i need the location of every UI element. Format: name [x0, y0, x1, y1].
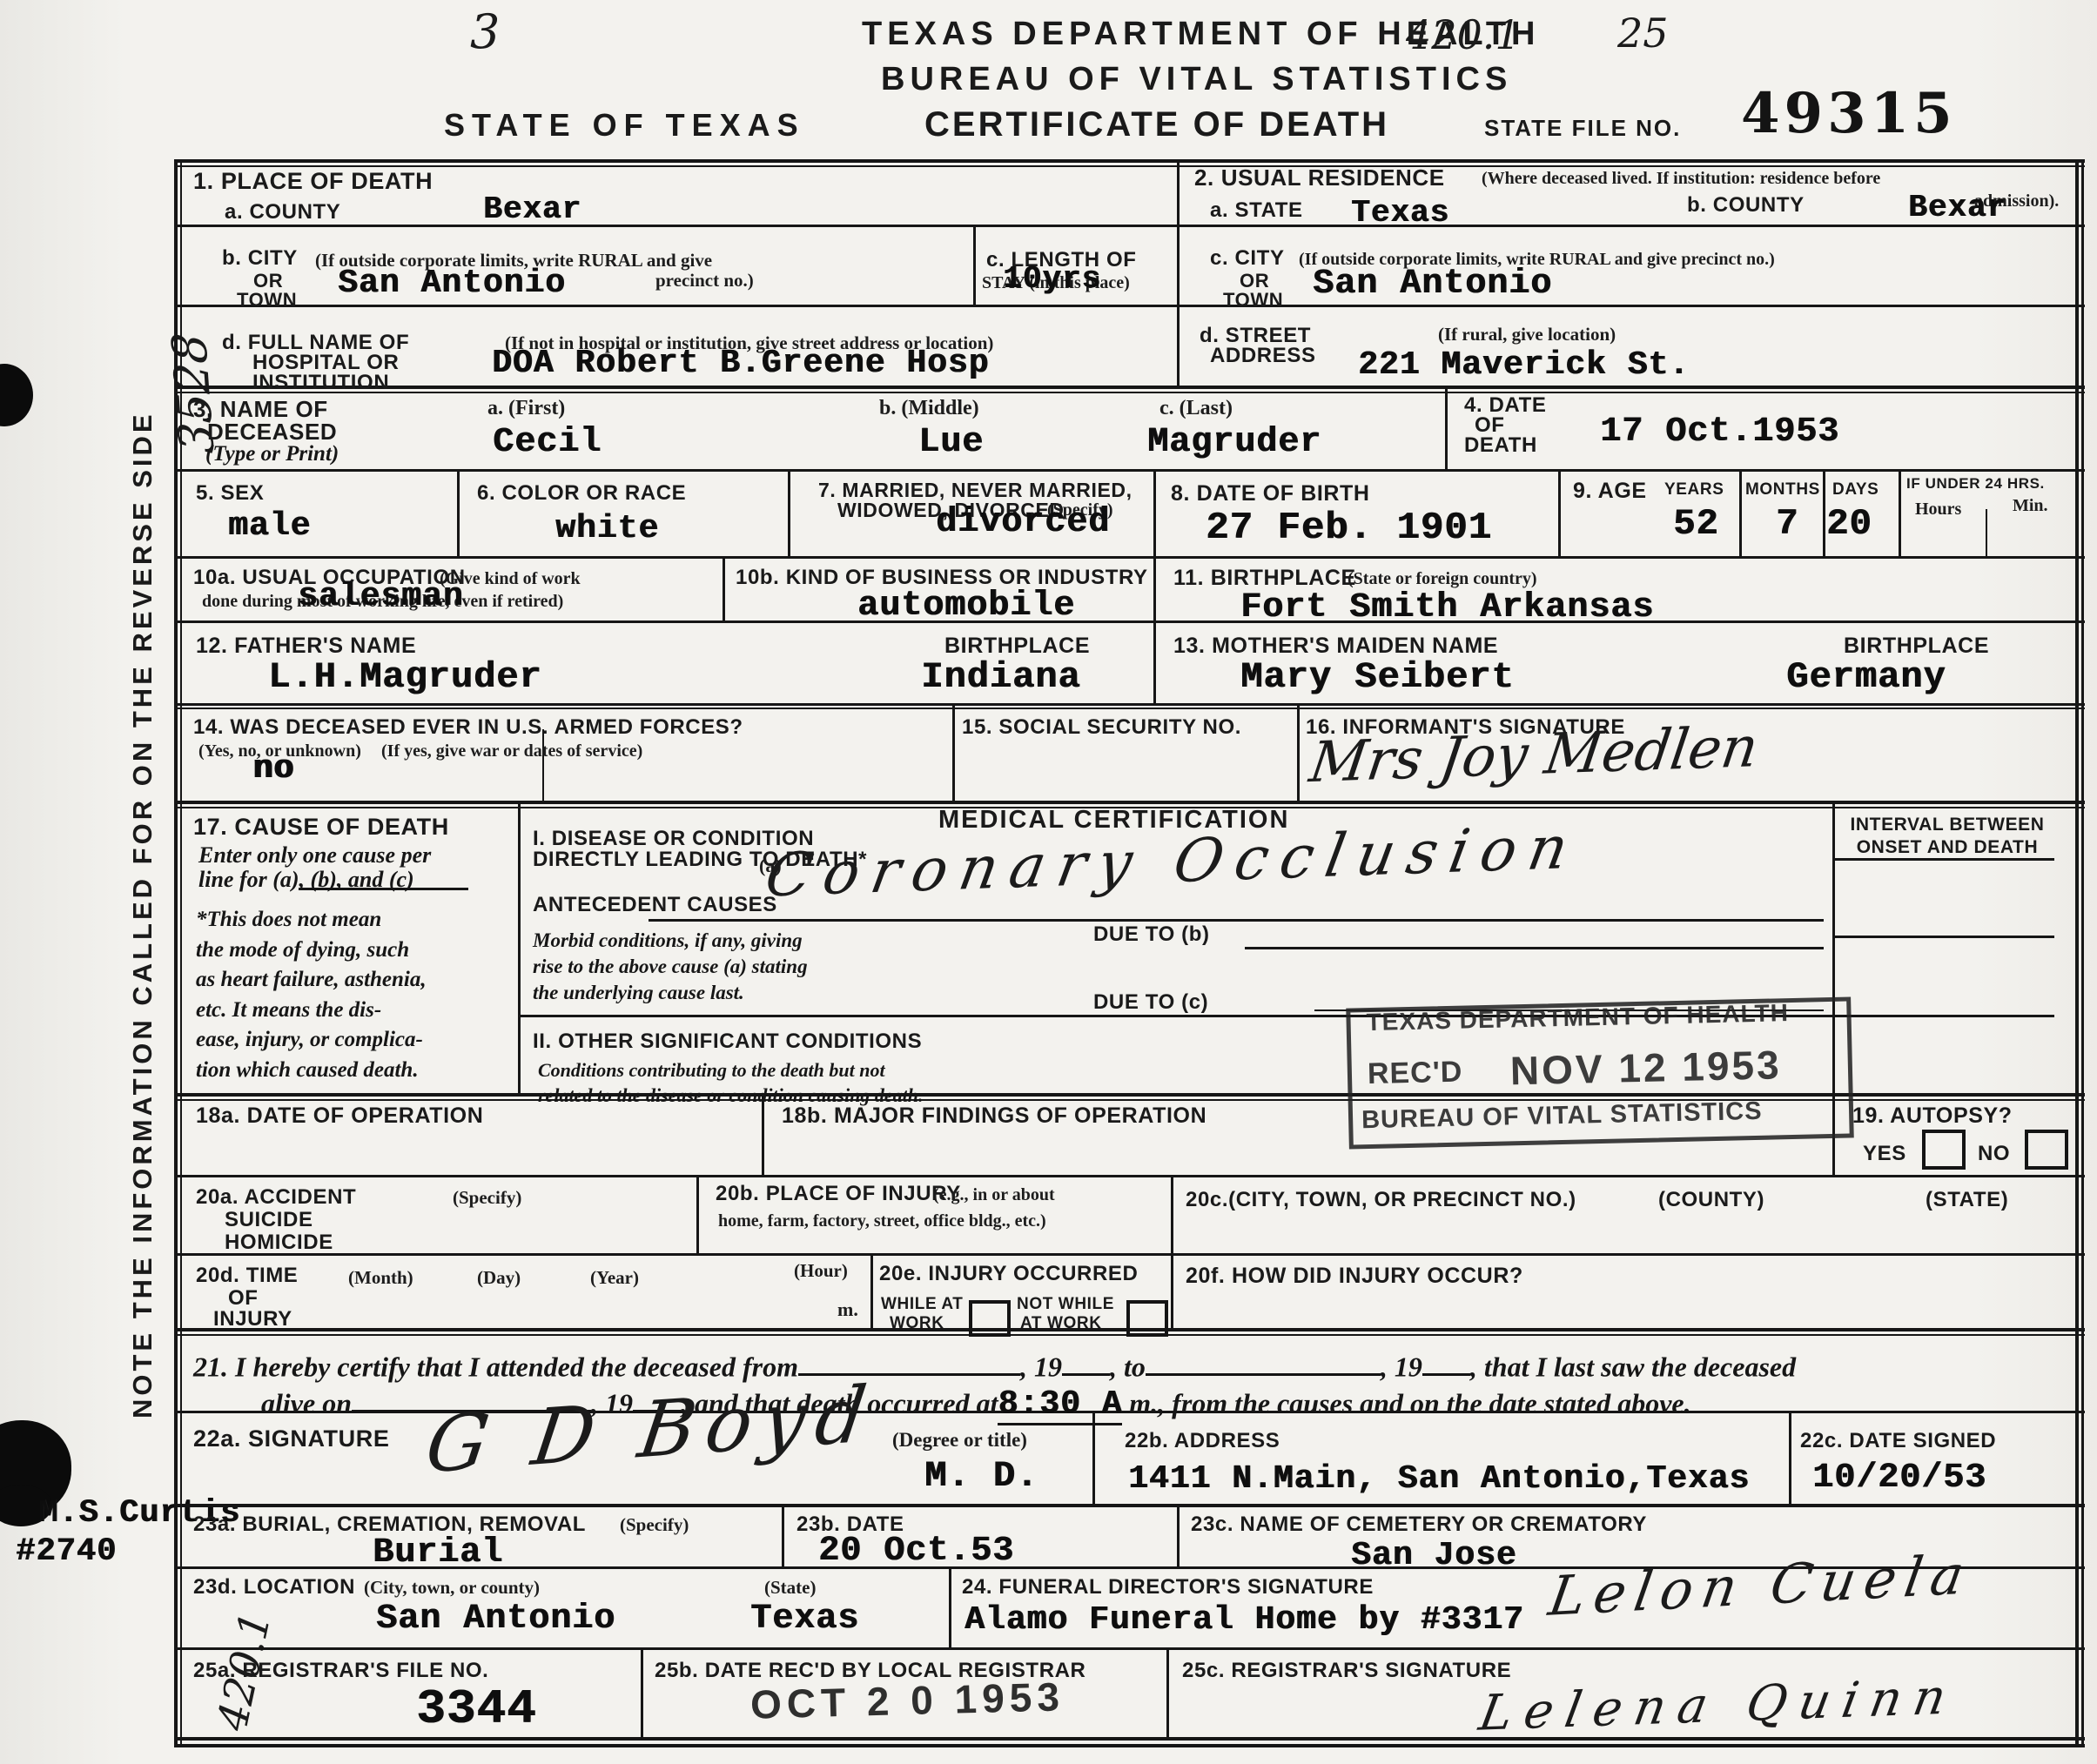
accident-label2: SUICIDE — [225, 1208, 313, 1232]
certify-text5: m., from the causes and on the date stat… — [1129, 1387, 1690, 1419]
form-line — [174, 1737, 2085, 1741]
form-line — [174, 1647, 2085, 1650]
form-line — [174, 708, 2085, 709]
registrar-file-label: 25a. REGISTRAR'S FILE NO. — [193, 1659, 488, 1683]
physician-signature-label: 22a. SIGNATURE — [193, 1425, 389, 1452]
antecedent-label: ANTECEDENT CAUSES — [533, 893, 777, 917]
accident-specify: (Specify) — [453, 1187, 521, 1208]
time-of-injury-label3: INJURY — [213, 1307, 292, 1331]
mother-name-label: 13. MOTHER'S MAIDEN NAME — [1173, 634, 1498, 659]
certify-blank4 — [1422, 1347, 1470, 1376]
certify-text2: , that I last saw the deceased — [1470, 1351, 1796, 1382]
header-handwritten-3: 3 — [470, 5, 500, 59]
mother-name-value: Mary Seibert — [1240, 656, 1514, 698]
form-line — [180, 159, 182, 1746]
form-line — [174, 556, 2085, 559]
autopsy-no-label: NO — [1978, 1142, 2010, 1166]
margin-curtis-number: #2740 — [16, 1533, 117, 1571]
form-line — [2081, 159, 2084, 1746]
hospital-label3: INSTITUTION — [252, 371, 389, 395]
injury-day-label: (Day) — [477, 1267, 521, 1288]
residence-state-value: Texas — [1351, 195, 1449, 231]
street-label2: ADDRESS — [1210, 344, 1316, 368]
form-line — [1171, 1175, 1173, 1330]
first-name-label: a. (First) — [487, 397, 565, 421]
accident-label3: HOMICIDE — [225, 1231, 333, 1255]
form-line — [174, 469, 2085, 472]
death-certificate-scan: NOTE THE INFORMATION CALLED FOR ON THE R… — [0, 0, 2097, 1764]
cemetery-value: San Jose — [1351, 1537, 1516, 1575]
ssn-label: 15. SOCIAL SECURITY NO. — [962, 715, 1241, 740]
not-while-label: NOT WHILE — [1017, 1295, 1114, 1314]
form-line — [1297, 703, 1300, 802]
injury-year-label: (Year) — [590, 1267, 639, 1288]
header-state-of-texas: STATE OF TEXAS — [444, 107, 805, 143]
certify-to: , to — [1110, 1351, 1146, 1382]
birthplace-paren: (State or foreign country) — [1348, 569, 1537, 589]
occupation-value: salesman — [298, 578, 463, 616]
form-line — [973, 225, 976, 306]
burial-state-paren: (State) — [764, 1577, 816, 1598]
armed-forces-value: no — [252, 750, 294, 788]
form-line — [952, 703, 955, 802]
middle-name-value: Lue — [918, 423, 984, 463]
date-recd-stamp: OCT 2 0 1953 — [749, 1673, 1065, 1727]
date-of-death-label3: DEATH — [1464, 433, 1537, 458]
form-line — [174, 225, 2085, 227]
physician-address-value: 1411 N.Main, San Antonio,Texas — [1128, 1460, 1750, 1499]
certify-text3: alive on — [261, 1387, 352, 1419]
form-line — [641, 1647, 643, 1739]
sex-value: male — [228, 507, 311, 546]
cause-of-death-value: Coronary Occlusion — [760, 814, 1584, 910]
certify-19a: , 19 — [1020, 1351, 1062, 1382]
form-line — [723, 556, 725, 622]
form-line — [1177, 1504, 1180, 1568]
mother-birthplace-value: Germany — [1786, 656, 1946, 698]
major-findings-label: 18b. MAJOR FINDINGS OF OPERATION — [782, 1103, 1206, 1129]
first-name-value: Cecil — [493, 423, 602, 463]
age-months-value: 7 — [1776, 503, 1798, 545]
marital-value: divorced — [936, 503, 1110, 543]
father-name-label: 12. FATHER'S NAME — [196, 634, 416, 659]
cause-note2: line for (a), (b), and (c) — [198, 867, 414, 893]
place-of-injury-label: 20b. PLACE OF INJURY — [716, 1182, 961, 1206]
usual-residence-paren: (Where deceased lived. If institution: r… — [1482, 169, 1880, 189]
form-line — [174, 392, 2085, 393]
form-line — [1153, 469, 1156, 705]
burial-location-paren: (City, town, or county) — [364, 1577, 540, 1598]
usual-residence-title: 2. USUAL RESIDENCE — [1194, 165, 1445, 191]
degree-value: M. D. — [924, 1455, 1038, 1497]
registrar-signature: Lelena Quinn — [1475, 1669, 1962, 1742]
certify-19b: , 19 — [1381, 1351, 1422, 1382]
mother-birthplace-label: BIRTHPLACE — [1844, 634, 1989, 659]
form-line — [788, 469, 790, 558]
residence-city-label: c. CITY — [1210, 246, 1285, 271]
interval-label: INTERVAL BETWEEN ONSET AND DEATH — [1838, 814, 2056, 860]
header-dept-line2: BUREAU OF VITAL STATISTICS — [881, 61, 1512, 99]
dob-value: 27 Feb. 1901 — [1206, 506, 1492, 551]
age-label: 9. AGE — [1573, 479, 1647, 504]
while-at-label2: WORK — [890, 1314, 944, 1333]
burial-city-value: San Antonio — [376, 1600, 615, 1640]
place-of-injury-paren1: (e.g., in or about — [933, 1185, 1055, 1205]
burial-specify: (Specify) — [620, 1514, 689, 1535]
form-line — [174, 1744, 2085, 1747]
city-label-paren2: precinct no.) — [655, 270, 754, 291]
autopsy-yes-checkbox — [1922, 1130, 1966, 1170]
other-conditions-label: II. OTHER SIGNIFICANT CONDITIONS — [533, 1030, 922, 1054]
hole-punch-top — [0, 364, 33, 426]
hospital-value: DOA Robert B.Greene Hosp — [492, 345, 989, 383]
due-to-c-label: DUE TO (c) — [1093, 990, 1208, 1015]
death-time-value: 8:30 A — [998, 1385, 1122, 1425]
form-line — [174, 305, 2085, 307]
form-line — [174, 1175, 2085, 1177]
form-line — [174, 703, 2085, 706]
city-value: San Antonio — [338, 265, 566, 303]
informant-signature: Mrs Joy Medlen — [1306, 716, 1762, 796]
age-days-value: 20 — [1826, 503, 1872, 545]
registrar-signature-label: 25c. REGISTRAR'S SIGNATURE — [1182, 1659, 1511, 1683]
age-years-label: YEARS — [1664, 480, 1724, 500]
last-name-label: c. (Last) — [1159, 397, 1233, 421]
form-line — [1177, 159, 1180, 387]
other-conditions-note: Conditions contributing to the death but… — [538, 1058, 923, 1108]
burial-date-value: 20 Oct.53 — [818, 1532, 1014, 1572]
min-label: Min. — [2013, 496, 2048, 516]
place-of-injury-paren2: home, farm, factory, street, office bldg… — [718, 1211, 1046, 1231]
form-line — [1739, 469, 1742, 558]
how-injury-label: 20f. HOW DID INJURY OCCUR? — [1186, 1264, 1523, 1289]
form-line — [870, 1253, 873, 1330]
burial-value: Burial — [373, 1533, 503, 1573]
stamp-line3: BUREAU OF VITAL STATISTICS — [1361, 1097, 1763, 1135]
burial-state-value: Texas — [750, 1600, 859, 1640]
injury-state-label: (STATE) — [1926, 1188, 2008, 1212]
form-line — [1558, 469, 1561, 558]
age-months-label: MONTHS — [1745, 480, 1820, 500]
not-while-at-work-checkbox — [1126, 1300, 1168, 1337]
form-line — [1823, 469, 1825, 558]
father-birthplace-value: Indiana — [921, 656, 1080, 698]
physician-address-label: 22b. ADDRESS — [1125, 1429, 1280, 1453]
header-handwritten-code: 420.1 — [1406, 12, 1521, 58]
time-of-injury-label1: 20d. TIME — [196, 1264, 298, 1288]
street-value: 221 Maverick St. — [1358, 346, 1690, 385]
funeral-director-label: 24. FUNERAL DIRECTOR'S SIGNATURE — [962, 1575, 1374, 1600]
age-days-label: DAYS — [1832, 480, 1879, 500]
degree-label: (Degree or title) — [892, 1429, 1027, 1452]
cause-a-underline — [649, 919, 1824, 922]
county-value: Bexar — [483, 191, 581, 227]
certify-line1: 21. I hereby certify that I attended the… — [193, 1347, 1796, 1383]
form-line — [2075, 159, 2079, 1746]
form-line — [174, 165, 2085, 167]
form-line — [174, 1253, 2085, 1256]
autopsy-label: 19. AUTOPSY? — [1852, 1103, 2013, 1129]
cause-note1: Enter only one cause per — [198, 842, 431, 869]
father-name-value: L.H.Magruder — [268, 656, 541, 698]
injury-month-label: (Month) — [348, 1267, 413, 1288]
accident-label1: 20a. ACCIDENT — [196, 1185, 356, 1210]
form-line — [1789, 1411, 1791, 1506]
form-line — [782, 1504, 784, 1568]
injury-occurred-label: 20e. INJURY OCCURRED — [879, 1262, 1138, 1286]
residence-city-town: TOWN — [1223, 289, 1283, 311]
date-signed-value: 10/20/53 — [1812, 1459, 1986, 1499]
residence-county-label: b. COUNTY — [1687, 193, 1805, 218]
morbid-note: Morbid conditions, if any, giving rise t… — [533, 928, 808, 1006]
autopsy-yes-label: YES — [1863, 1142, 1906, 1166]
injury-hour-label: (Hour) — [794, 1260, 848, 1281]
city-label: b. CITY — [222, 246, 298, 271]
age-years-value: 52 — [1673, 503, 1718, 545]
form-line — [949, 1566, 951, 1649]
funeral-director-signature: Lelon Cuela — [1545, 1543, 1977, 1627]
due-b-underline — [1245, 947, 1824, 949]
name-label3: (Type or Print) — [205, 442, 339, 467]
while-at-work-checkbox — [969, 1300, 1011, 1337]
registrar-file-value: 3344 — [416, 1681, 536, 1737]
form-line — [1445, 386, 1448, 471]
autopsy-no-checkbox — [2025, 1130, 2068, 1170]
received-stamp: TEXAS DEPARTMENT OF HEALTH REC'D NOV 12 … — [1346, 996, 1854, 1149]
date-of-operation-label: 18a. DATE OF OPERATION — [196, 1103, 483, 1129]
race-value: white — [555, 510, 659, 548]
header-file-no-value: 49315 — [1741, 82, 1957, 146]
stamp-date: NOV 12 1953 — [1509, 1041, 1782, 1094]
middle-name-label: b. (Middle) — [879, 397, 979, 421]
margin-note-vertical: NOTE THE INFORMATION CALLED FOR ON THE R… — [127, 411, 158, 1419]
certify-text1: 21. I hereby certify that I attended the… — [193, 1351, 798, 1382]
race-label: 6. COLOR OR RACE — [477, 481, 686, 506]
form-line — [518, 801, 521, 1095]
county-label: a. COUNTY — [225, 200, 340, 225]
armed-forces-label: 14. WAS DECEASED EVER IN U.S. ARMED FORC… — [193, 715, 743, 740]
birthplace-label: 11. BIRTHPLACE — [1173, 566, 1356, 591]
armed-forces-paren2: (If yes, give war or dates of service) — [381, 741, 642, 761]
due-to-b-label: DUE TO (b) — [1093, 922, 1210, 947]
injury-m-label: m. — [837, 1298, 858, 1320]
stamp-line1: TEXAS DEPARTMENT OF HEALTH — [1366, 999, 1789, 1036]
certify-blank2 — [1062, 1347, 1110, 1376]
form-line — [1986, 509, 1987, 558]
form-line — [542, 729, 544, 802]
form-line — [1832, 936, 2054, 938]
injury-county-label: (COUNTY) — [1658, 1188, 1764, 1212]
form-line — [696, 1175, 699, 1255]
burial-location-label: 23d. LOCATION — [193, 1575, 355, 1600]
residence-county-value: Bexar — [1908, 190, 2006, 225]
street-label-paren: (If rural, give location) — [1438, 324, 1616, 345]
form-line — [174, 386, 2085, 389]
cemetery-label: 23c. NAME OF CEMETERY OR CREMATORY — [1191, 1512, 1647, 1537]
stamp-recd: REC'D — [1368, 1056, 1463, 1091]
header-handwritten-code2: 25 — [1617, 10, 1669, 57]
not-while-label2: AT WORK — [1020, 1314, 1102, 1333]
dob-label: 8. DATE OF BIRTH — [1171, 481, 1370, 506]
form-line — [174, 159, 178, 1746]
form-line — [174, 1504, 2085, 1507]
date-signed-label: 22c. DATE SIGNED — [1800, 1429, 1996, 1453]
birthplace-value: Fort Smith Arkansas — [1240, 588, 1654, 628]
cause-footnote: *This does not mean the mode of dying, s… — [196, 905, 518, 1085]
certify-blank3 — [1146, 1347, 1381, 1376]
place-of-death-title: 1. PLACE OF DEATH — [193, 168, 433, 195]
form-line — [1899, 469, 1901, 558]
under-24-label: IF UNDER 24 HRS. — [1906, 475, 2045, 493]
while-at-label: WHILE AT — [881, 1295, 964, 1314]
sex-label: 5. SEX — [196, 481, 264, 506]
form-line — [457, 469, 460, 558]
father-birthplace-label: BIRTHPLACE — [944, 634, 1090, 659]
form-line — [174, 620, 2085, 623]
form-line — [174, 159, 2085, 163]
header-certificate-title: CERTIFICATE OF DEATH — [924, 104, 1389, 144]
length-of-stay-value: 10yrs — [1003, 261, 1101, 297]
residence-city-value: San Antonio — [1313, 265, 1552, 305]
hours-label: Hours — [1915, 500, 1961, 520]
last-name-value: Magruder — [1147, 423, 1321, 463]
funeral-home-value: Alamo Funeral Home by #3317 — [964, 1601, 1524, 1640]
form-line — [174, 801, 2085, 804]
industry-value: automobile — [857, 587, 1075, 627]
city-town: TOWN — [237, 289, 297, 311]
date-of-death-value: 17 Oct.1953 — [1600, 412, 1839, 453]
injury-city-label: 20c.(CITY, TOWN, OR PRECINCT NO.) — [1186, 1188, 1576, 1212]
residence-state-label: a. STATE — [1210, 198, 1303, 223]
header-file-no-label: STATE FILE NO. — [1484, 116, 1681, 142]
cause-of-death-label: 17. CAUSE OF DEATH — [193, 814, 449, 841]
form-line — [1166, 1647, 1169, 1739]
